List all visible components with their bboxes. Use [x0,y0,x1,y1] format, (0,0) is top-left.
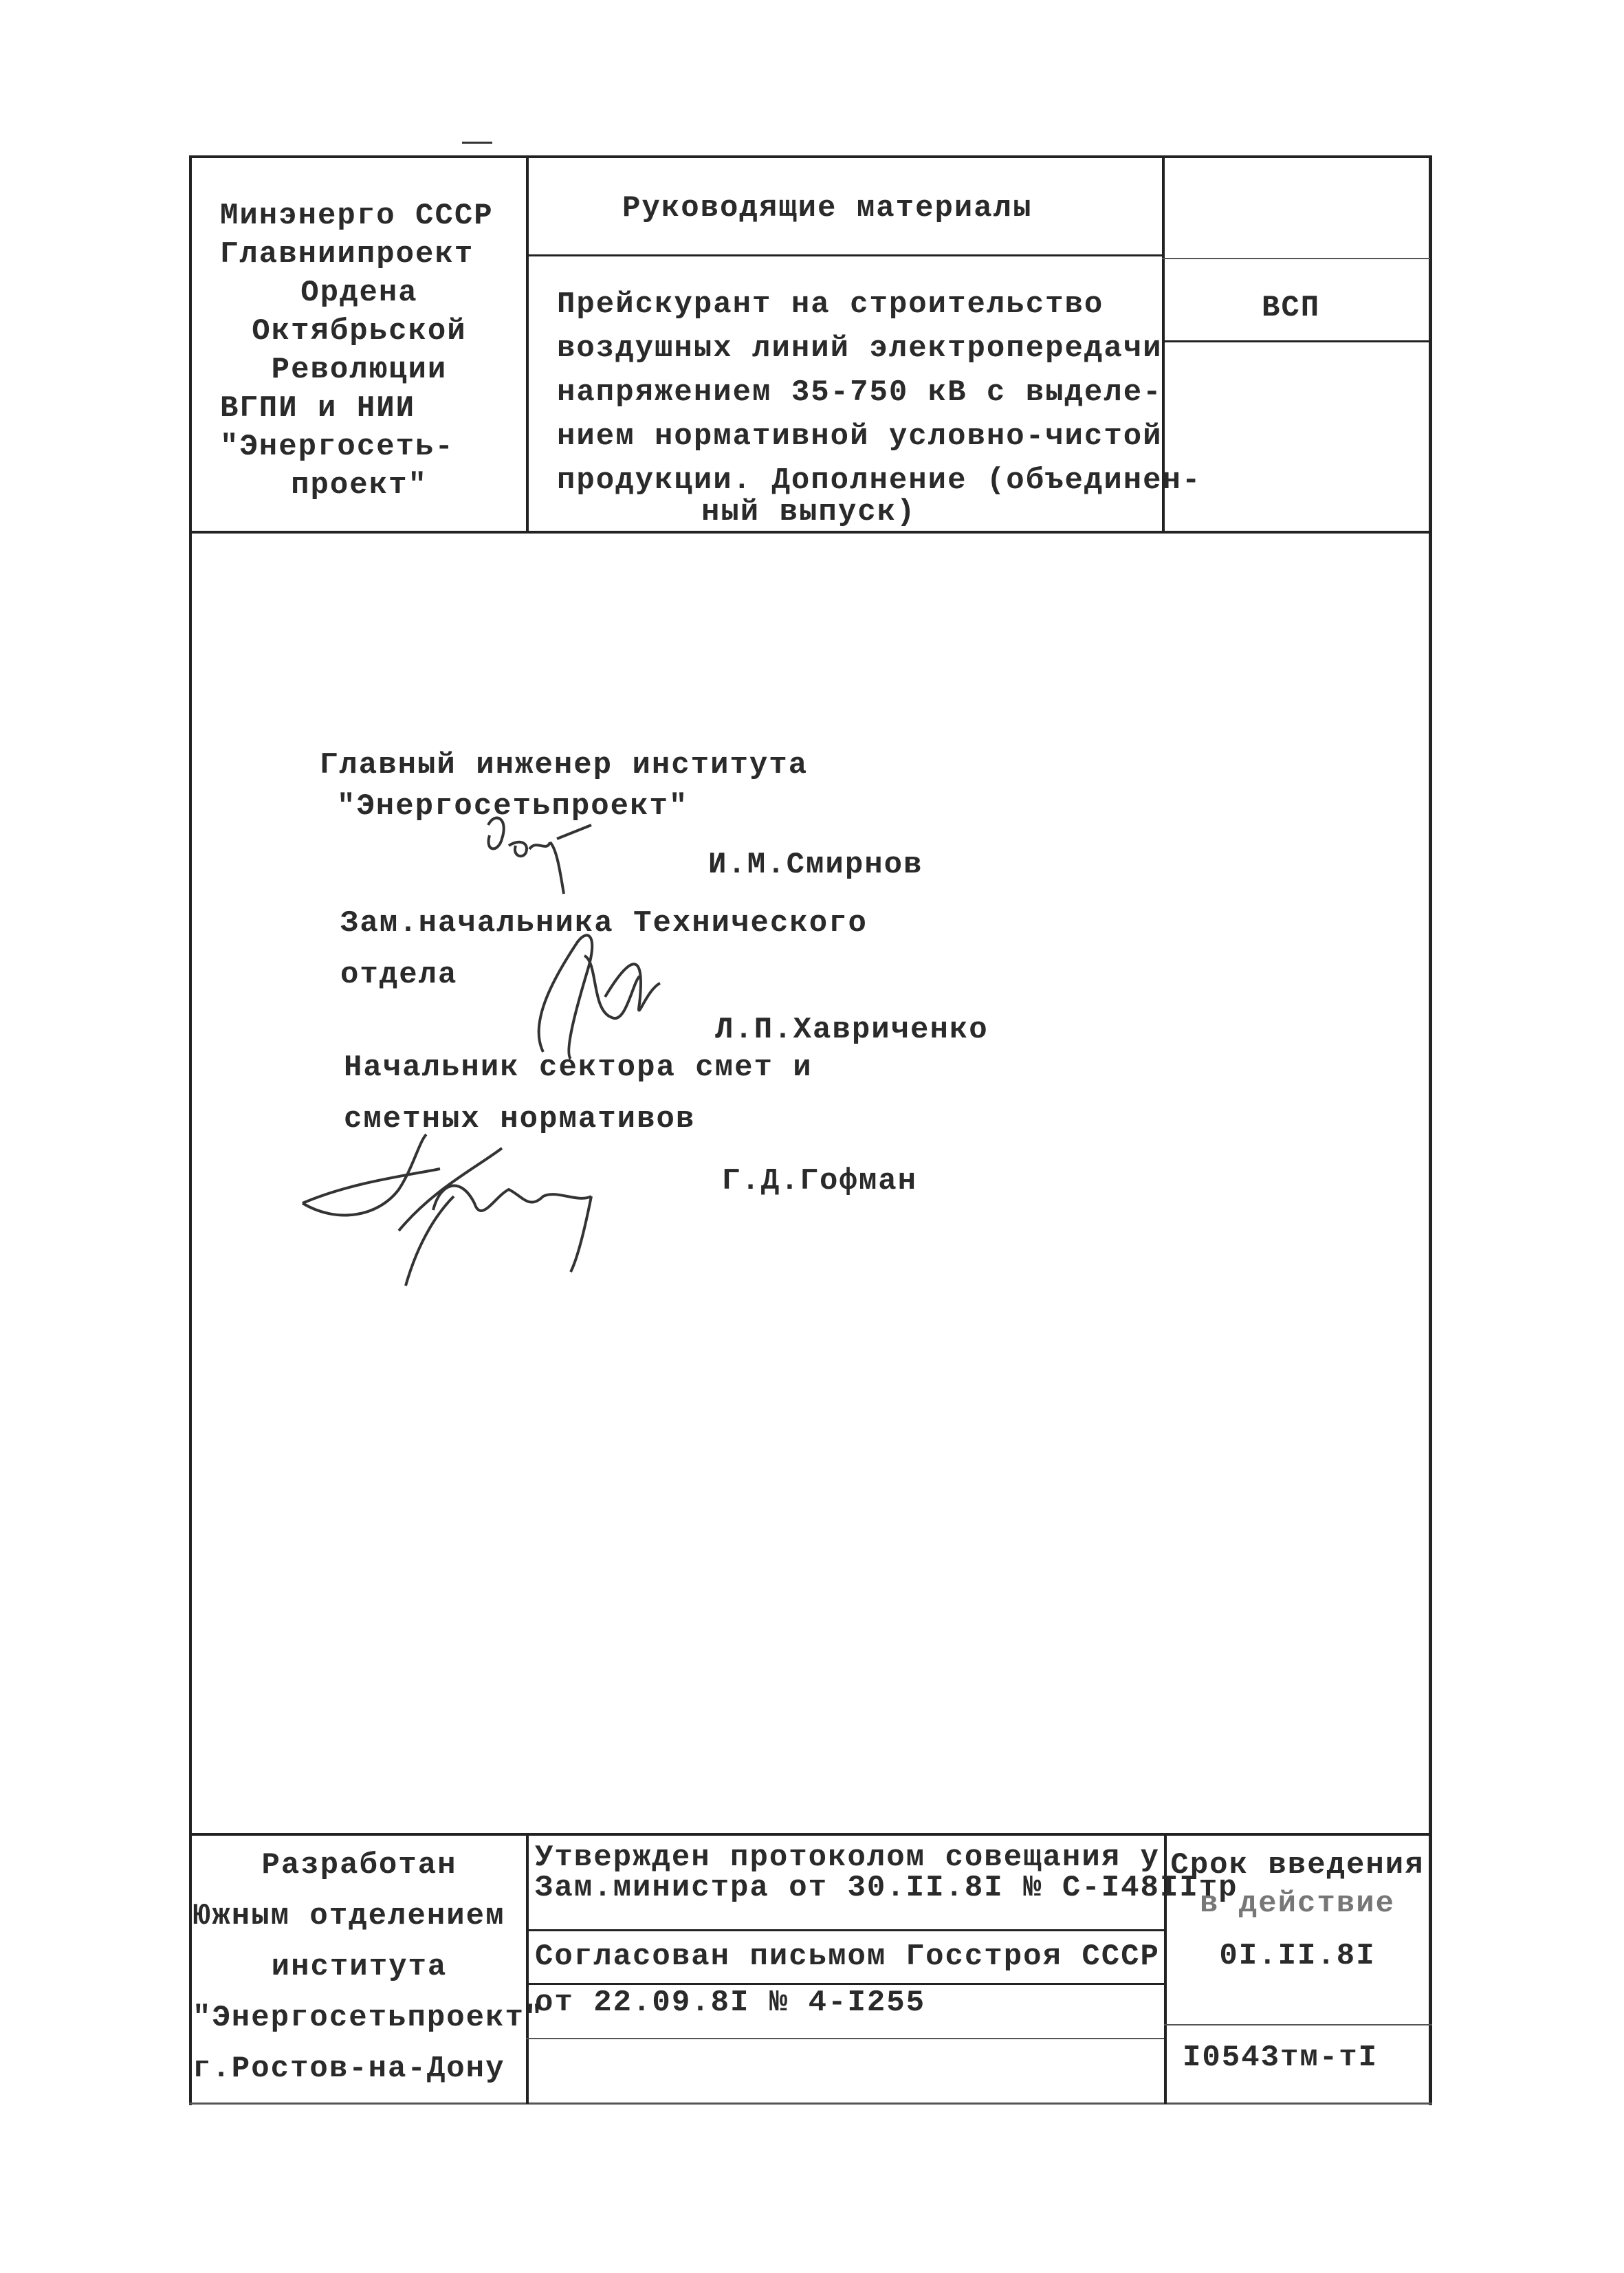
document-code: ВСП [1262,289,1320,327]
signatory-3-position: Начальник сектора смет и [344,1048,813,1087]
header-bottom-divider [189,531,1432,534]
effective-label: Срок введения [1167,1846,1428,1885]
frame-right-border [1429,155,1432,2105]
frame-top-border [189,155,1432,158]
signatory-1-position: Главный инженер института [320,746,808,784]
effective-label: в действие [1167,1885,1428,1923]
org-line: "Энергосеть- [193,428,526,466]
doc-type-label: Руководящие материалы [622,189,1033,228]
signatory-1-name: И.М.Смирнов [708,846,923,884]
footer-col-divider-1 [526,1833,529,2104]
title-line: напряжением 35-750 кВ с выделе- [557,373,1162,412]
header-code-divider-bottom [1162,340,1430,342]
effective-date: 0I.II.8I [1167,1937,1428,1975]
title-line: ный выпуск) [557,500,1162,525]
org-line: Ордена [193,274,526,312]
document-title: Прейскурант на строительство воздушных л… [557,285,1162,525]
footer-developer: Разработан Южным отделением института "Э… [193,1846,526,2088]
frame-bottom-border [189,2102,1432,2105]
org-line: Революции [193,351,526,389]
signatory-3-name: Г.Д.Гофман [722,1162,917,1200]
footer-approval: Утвержден протоколом совещания у Зам.мин… [535,1843,1164,1903]
signatory-2-name: Л.П.Хавриченко [715,1011,989,1049]
approval-line: Утвержден протоколом совещания у [535,1843,1164,1873]
signature-3-icon [296,1128,694,1296]
org-line: ВГПИ и НИИ [193,389,526,428]
org-line: Октябрьской [193,312,526,351]
developer-line: Разработан [193,1846,526,1885]
header-col-divider-1 [526,155,529,532]
footer-mid-divider-1 [526,1929,1164,1931]
developer-line: "Энергосетьпроект" [193,1999,526,2037]
title-line: Прейскурант на строительство [557,285,1162,324]
title-line: продукции. Дополнение (объединен- [557,461,1162,500]
footer-effective: Срок введения в действие 0I.II.8I [1167,1846,1428,1975]
header-doc-type-divider [526,254,1165,256]
header-code-divider-top [1162,258,1430,259]
header-organization: Минэнерго СССР Главниипроект Ордена Октя… [193,172,526,529]
footer-mid-divider-3 [526,2038,1164,2039]
footer-agreed-line-2: от 22.09.8I № 4-I255 [535,1984,925,2022]
scan-mark [462,142,492,144]
title-line: нием нормативной условно-чистой [557,417,1162,456]
org-line: проект" [193,466,526,505]
frame-left-border [189,155,192,2105]
title-line: воздушных линий электропередачи [557,329,1162,368]
org-line: Минэнерго СССР [193,197,526,235]
org-line: Главниипроект [193,235,526,274]
developer-line: г.Ростов-на-Дону [193,2050,526,2088]
footer-agreed-line-1: Согласован письмом Госстроя СССР [535,1937,1160,1976]
footer-top-divider [189,1833,1432,1836]
signatory-2-dept: отдела [340,956,457,994]
footer-right-divider [1164,2024,1432,2025]
developer-line: Южным отделением [193,1897,526,1935]
signature-1-icon [481,811,633,918]
developer-line: института [193,1948,526,1986]
document-number: I0543тм-тI [1183,2039,1378,2077]
approval-line: Зам.министра от 30.II.8I № С-I48IIтр [535,1873,1164,1903]
